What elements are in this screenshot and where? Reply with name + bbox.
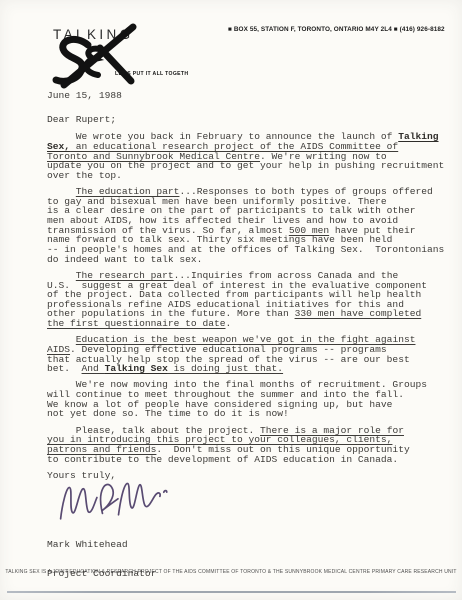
text-segment: over the top. [47, 170, 122, 181]
text-segment: Talking [398, 131, 438, 142]
logo-tagline: LET'S PUT IT ALL TOGETHER [115, 71, 188, 77]
text-segment: the first questionnaire to date [47, 318, 225, 329]
text-segment: do indeed want to talk sex. [47, 254, 202, 265]
signature-name: Mark Whitehead [47, 540, 156, 550]
text-segment: And [82, 363, 105, 374]
letterhead-address: ■ BOX 55, STATION F, TORONTO, ONTARIO M4… [228, 26, 445, 33]
letter-paragraph: The education part...Responses to both t… [47, 187, 452, 264]
letter-page: TALKING LET'S PUT IT ALL TOGETHER ■ BOX … [0, 0, 462, 600]
letter-date: June 15, 1988 [47, 91, 452, 101]
letter-line: the first questionnaire to date. [47, 319, 452, 329]
text-segment: not yet done so. The time to do it is no… [47, 408, 289, 419]
letter-line: bet. And Talking Sex is doing just that. [47, 364, 452, 374]
text-segment: . [225, 318, 231, 329]
text-segment: Talking Sex [105, 363, 168, 374]
text-segment: is doing just that. [168, 363, 283, 374]
footer-rule [7, 591, 456, 593]
talking-sex-logo: TALKING LET'S PUT IT ALL TOGETHER [48, 22, 188, 90]
text-segment: bet. [47, 363, 82, 374]
letter-body-container: June 15, 1988 Dear Rupert; We wrote you … [47, 91, 452, 480]
letter-paragraph: Education is the best weapon we've got i… [47, 335, 452, 374]
salutation: Dear Rupert; [47, 115, 452, 125]
letter-body: We wrote you back in February to announc… [47, 132, 452, 464]
signature-block: Mark Whitehead Project Coordinator [47, 520, 156, 598]
letter-paragraph: The research part...Inquiries from acros… [47, 271, 452, 329]
letter-paragraph: Please, talk about the project. There is… [47, 426, 452, 465]
text-segment: to contribute to the development of AIDS… [47, 454, 398, 465]
letter-line: to contribute to the development of AIDS… [47, 455, 452, 465]
letter-paragraph: We wrote you back in February to announc… [47, 132, 452, 180]
letter-line: not yet done so. The time to do it is no… [47, 409, 452, 419]
letter-line: do indeed want to talk sex. [47, 255, 452, 265]
letter-line: over the top. [47, 171, 452, 181]
letter-paragraph: We're now moving into the final months o… [47, 380, 452, 419]
text-segment: 330 men have completed [295, 308, 422, 319]
footer-disclaimer: TALKING SEX IS A JOINT EDUCATION & RESEA… [0, 569, 462, 575]
signature-scribble-icon [53, 475, 173, 525]
